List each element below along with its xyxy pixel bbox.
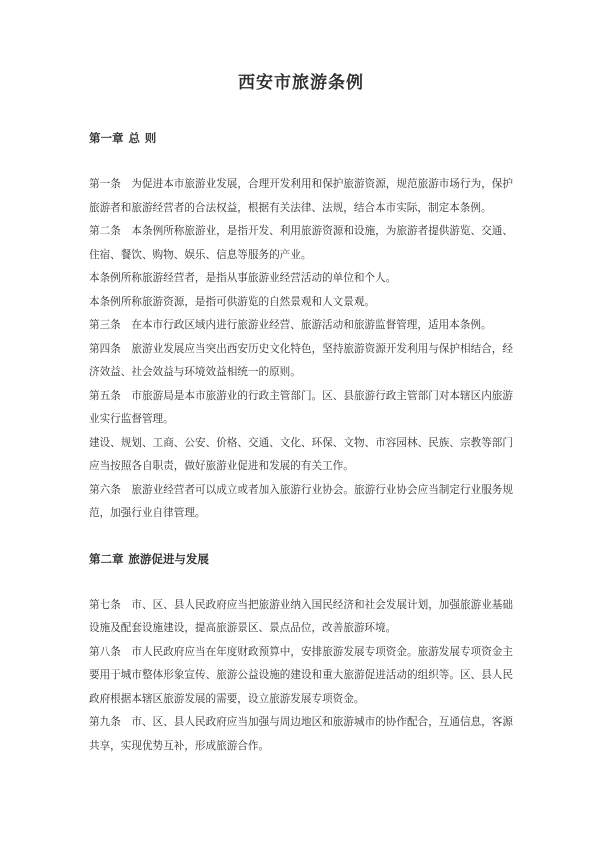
paragraph: 本条例所称旅游资源，是指可供游览的自然景观和人文景观。 bbox=[89, 291, 513, 315]
chapter-1-heading: 第一章 总 则 bbox=[89, 132, 513, 147]
paragraph: 第一条 为促进本市旅游业发展，合理开发利用和保护旅游资源，规范旅游市场行为，保护… bbox=[89, 173, 513, 220]
paragraph: 第二条 本条例所称旅游业，是指开发、利用旅游资源和设施，为旅游者提供游览、交通、… bbox=[89, 220, 513, 267]
chapter-2-body: 第七条 市、区、县人民政府应当把旅游业纳入国民经济和社会发展计划，加强旅游业基础… bbox=[89, 594, 513, 759]
paragraph: 本条例所称旅游经营者，是指从事旅游业经营活动的单位和个人。 bbox=[89, 267, 513, 291]
chapter-2-heading: 第二章 旅游促进与发展 bbox=[89, 553, 513, 568]
paragraph: 第六条 旅游业经营者可以成立或者加入旅游行业协会。旅游行业协会应当制定行业服务规… bbox=[89, 479, 513, 526]
paragraph: 第四条 旅游业发展应当突出西安历史文化特色，坚持旅游资源开发利用与保护相结合，经… bbox=[89, 338, 513, 385]
chapter-1-section: 第一章 总 则 第一条 为促进本市旅游业发展，合理开发利用和保护旅游资源，规范旅… bbox=[89, 132, 513, 526]
chapter-1-body: 第一条 为促进本市旅游业发展，合理开发利用和保护旅游资源，规范旅游市场行为，保护… bbox=[89, 173, 513, 526]
paragraph: 第七条 市、区、县人民政府应当把旅游业纳入国民经济和社会发展计划，加强旅游业基础… bbox=[89, 594, 513, 641]
paragraph: 第九条 市、区、县人民政府应当加强与周边地区和旅游城市的协作配合，互通信息，客源… bbox=[89, 711, 513, 758]
paragraph: 第五条 市旅游局是本市旅游业的行政主管部门。区、县旅游行政主管部门对本辖区内旅游… bbox=[89, 385, 513, 432]
paragraph: 建设、规划、工商、公安、价格、交通、文化、环保、文物、市容园林、民族、宗教等部门… bbox=[89, 432, 513, 479]
paragraph: 第三条 在本市行政区域内进行旅游业经营、旅游活动和旅游监督管理，适用本条例。 bbox=[89, 314, 513, 338]
chapter-2-section: 第二章 旅游促进与发展 第七条 市、区、县人民政府应当把旅游业纳入国民经济和社会… bbox=[89, 553, 513, 759]
document-title: 西安市旅游条例 bbox=[89, 71, 513, 95]
paragraph: 第八条 市人民政府应当在年度财政预算中，安排旅游发展专项资金。旅游发展专项资金主… bbox=[89, 641, 513, 712]
document-page: 西安市旅游条例 第一章 总 则 第一条 为促进本市旅游业发展，合理开发利用和保护… bbox=[0, 0, 595, 842]
